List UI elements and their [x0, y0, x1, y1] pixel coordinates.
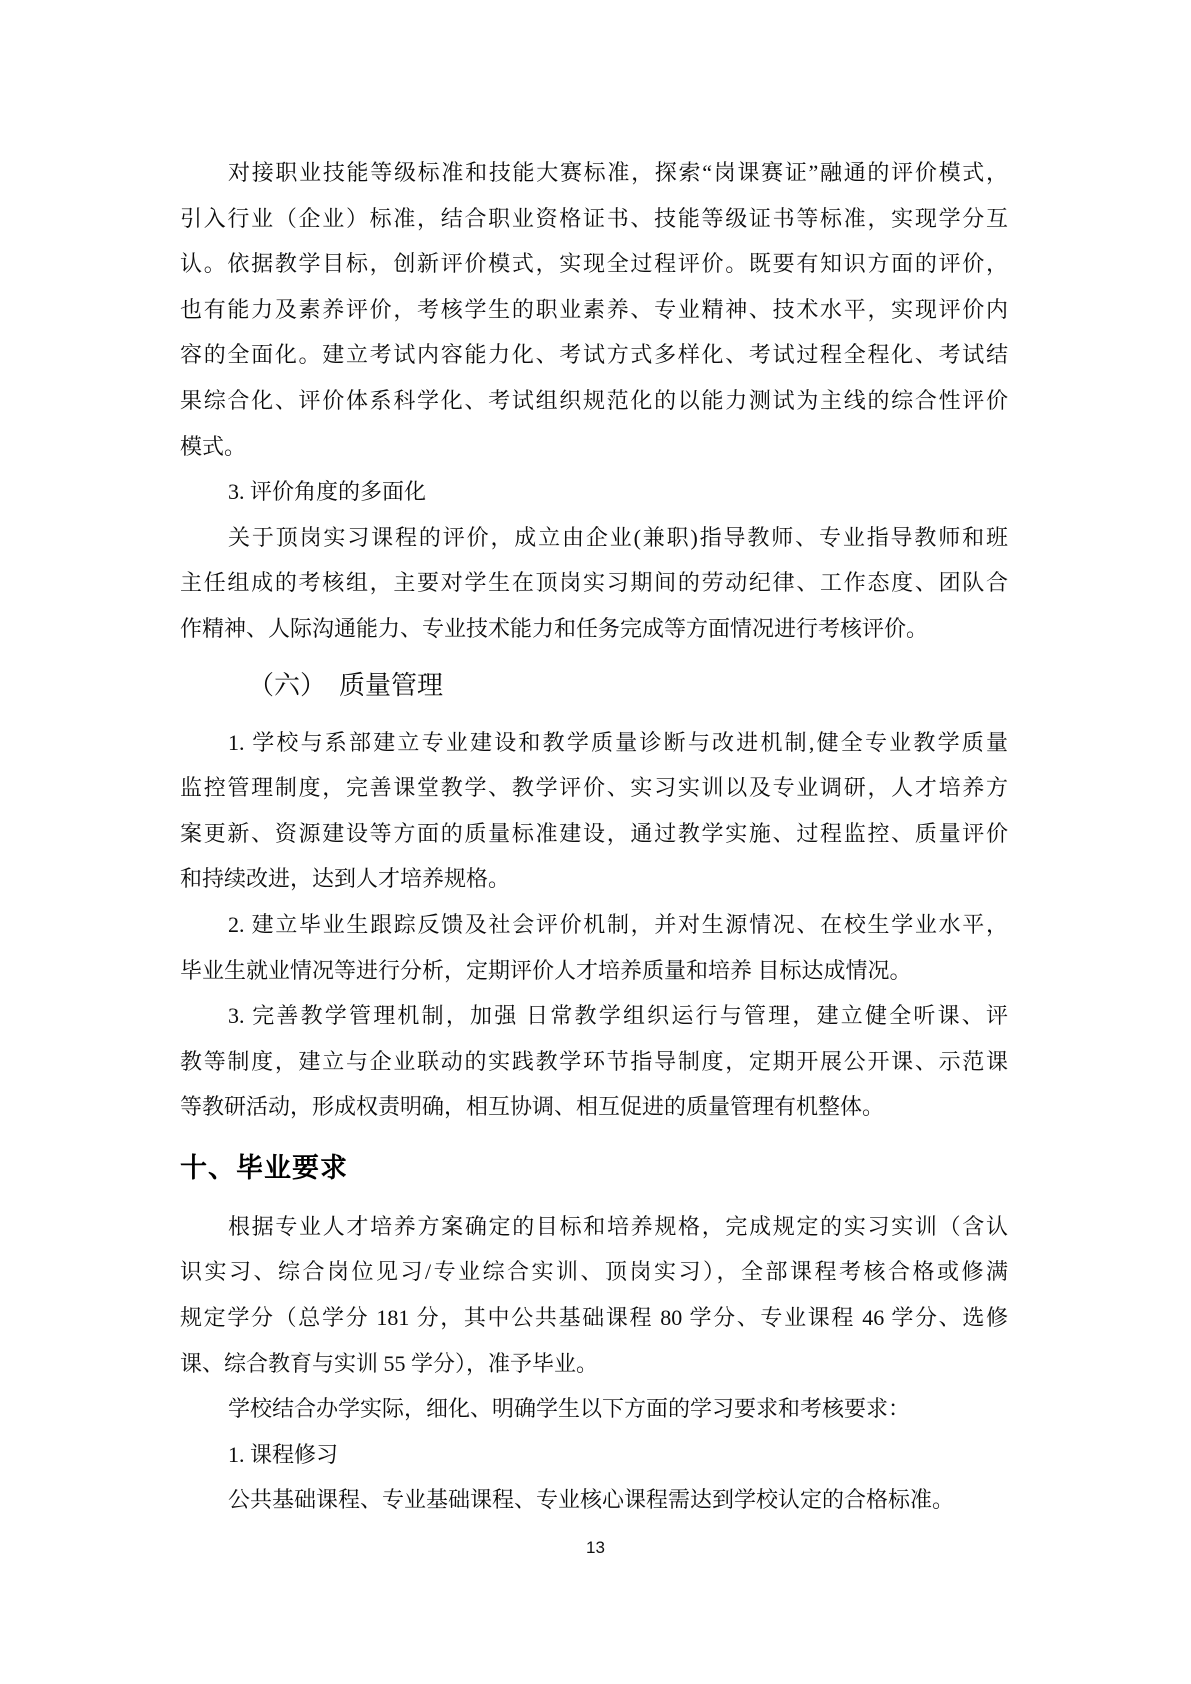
- text-line: 作精神、人际沟通能力、专业技术能力和任务完成等方面情况进行考核评价。: [180, 606, 1008, 652]
- text-line: 主任组成的考核组，主要对学生在顶岗实习期间的劳动纪律、工作态度、团队合: [180, 560, 1008, 606]
- text-line: 也有能力及素养评价，考核学生的职业素养、专业精神、技术水平，实现评价内: [180, 287, 1008, 333]
- text-line: 3. 评价角度的多面化: [180, 469, 1008, 515]
- text-line: 监控管理制度，完善课堂教学、教学评价、实习实训以及专业调研，人才培养方: [180, 765, 1008, 811]
- document-page: 对接职业技能等级标准和技能大赛标准，探索“岗课赛证”融通的评价模式，引入行业（企…: [0, 0, 1191, 1684]
- text-line: 3. 完善教学管理机制，加强 日常教学组织运行与管理，建立健全听课、评: [180, 993, 1008, 1039]
- text-line: 果综合化、评价体系科学化、考试组织规范化的以能力测试为主线的综合性评价: [180, 378, 1008, 424]
- text-line: 和持续改进，达到人才培养规格。: [180, 856, 1008, 902]
- text-line: 模式。: [180, 424, 1008, 470]
- text-line: 关于顶岗实习课程的评价，成立由企业(兼职)指导教师、专业指导教师和班: [180, 515, 1008, 561]
- text-line: 公共基础课程、专业基础课程、专业核心课程需达到学校认定的合格标准。: [180, 1477, 1008, 1523]
- text-line: 等教研活动，形成权责明确，相互协调、相互促进的质量管理有机整体。: [180, 1084, 1008, 1130]
- text-line: 1. 课程修习: [180, 1432, 1008, 1478]
- page-number: 13: [0, 1538, 1191, 1558]
- subsection-heading: （六） 质量管理: [180, 663, 1008, 709]
- text-line: 引入行业（企业）标准，结合职业资格证书、技能等级证书等标准，实现学分互: [180, 196, 1008, 242]
- text-line: 规定学分（总学分 181 分，其中公共基础课程 80 学分、专业课程 46 学分…: [180, 1295, 1008, 1341]
- text-line: 根据专业人才培养方案确定的目标和培养规格，完成规定的实习实训（含认: [180, 1204, 1008, 1250]
- document-text-block: 对接职业技能等级标准和技能大赛标准，探索“岗课赛证”融通的评价模式，引入行业（企…: [180, 150, 1008, 1523]
- text-line: 识实习、综合岗位见习/专业综合实训、顶岗实习），全部课程考核合格或修满: [180, 1249, 1008, 1295]
- text-line: 课、综合教育与实训 55 学分），准予毕业。: [180, 1341, 1008, 1387]
- text-line: 容的全面化。建立考试内容能力化、考试方式多样化、考试过程全程化、考试结: [180, 332, 1008, 378]
- text-line: 学校结合办学实际，细化、明确学生以下方面的学习要求和考核要求：: [180, 1386, 1008, 1432]
- text-line: 对接职业技能等级标准和技能大赛标准，探索“岗课赛证”融通的评价模式，: [180, 150, 1008, 196]
- section-heading: 十、毕业要求: [180, 1146, 1008, 1192]
- text-line: 1. 学校与系部建立专业建设和教学质量诊断与改进机制,健全专业教学质量: [180, 720, 1008, 766]
- text-line: 案更新、资源建设等方面的质量标准建设，通过教学实施、过程监控、质量评价: [180, 811, 1008, 857]
- text-line: 教等制度，建立与企业联动的实践教学环节指导制度，定期开展公开课、示范课: [180, 1039, 1008, 1085]
- text-line: 认。依据教学目标，创新评价模式，实现全过程评价。既要有知识方面的评价，: [180, 241, 1008, 287]
- text-line: 2. 建立毕业生跟踪反馈及社会评价机制，并对生源情况、在校生学业水平，: [180, 902, 1008, 948]
- text-line: 毕业生就业情况等进行分析，定期评价人才培养质量和培养 目标达成情况。: [180, 948, 1008, 994]
